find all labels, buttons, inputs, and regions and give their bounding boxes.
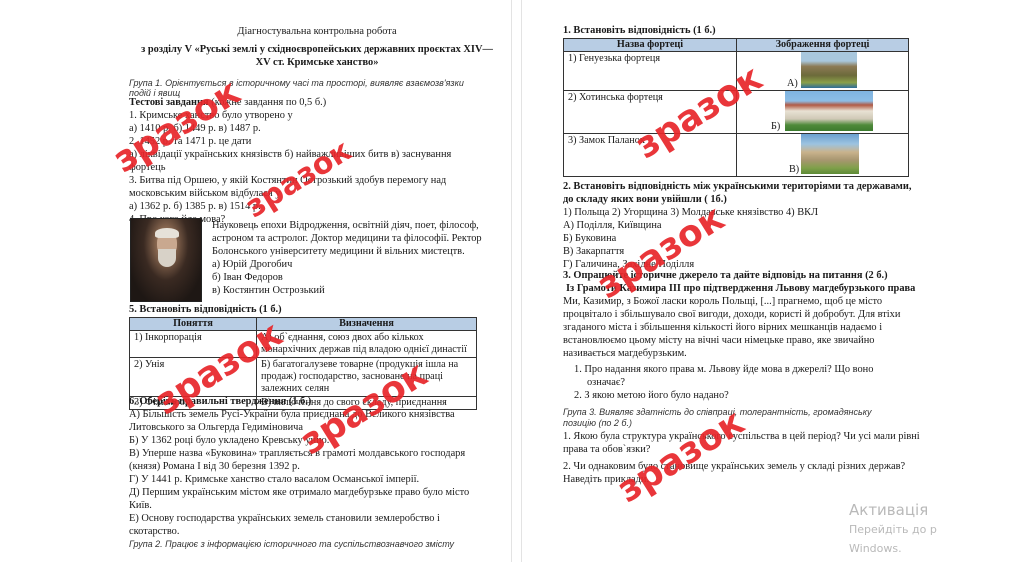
r-q3-heading: 3. Опрацюйте історичне джерело та дайте … [563, 270, 888, 282]
q6-statement: скотарство. [129, 526, 179, 538]
fortress-name: 3) Замок Паланок [564, 134, 737, 177]
khotyn-fortress-image [785, 91, 873, 131]
fortress-table: Назва фортеці Зображення фортеці 1) Гену… [563, 38, 909, 177]
q6-statement: Київ. [129, 500, 152, 512]
r-q2-heading-cont: до складу яких вони увійшли ( 1б.) [563, 194, 727, 206]
fortress-image-cell: В) [737, 134, 909, 177]
table-header: Зображення фортеці [737, 39, 909, 52]
image-label: В) [789, 164, 799, 176]
source-question: 2. З якою метою його було надано? [574, 390, 729, 402]
q6-statement: Г) У 1441 р. Кримське ханство стало васа… [129, 474, 419, 486]
r-q2-line: Б) Буковина [563, 233, 616, 245]
question-line: 2. 1452 р. та 1471 р. це дати [129, 136, 251, 148]
source-text: процвітало і збільшувало свої вигоди, до… [563, 309, 900, 321]
source-question: означає? [574, 377, 625, 389]
source-text: називається магдебурзьким. [563, 348, 687, 360]
source-text: згаданого міста і збільшення кількості й… [563, 322, 882, 334]
q6-statement: В) Уперше назва «Буковина» трапляється в… [129, 448, 465, 460]
r-q2-line: 1) Польща 2) Угорщина 3) Молдавське княз… [563, 207, 818, 219]
r-q2-line: В) Закарпаття [563, 246, 624, 258]
document-subtitle-line1: з розділу V «Руські землі у східноєвропе… [118, 44, 516, 56]
fortress-image-cell: Б) [737, 91, 909, 134]
table-cell-definition: А) об`єднання, союз двох або кількох мон… [257, 331, 477, 358]
q6-heading: 6. Оберіть правильні твердження (1 б.) [129, 396, 311, 408]
r-q1-heading: 1. Встановіть відповідність (1 б.) [563, 25, 716, 37]
question-line: фортець [129, 162, 165, 174]
q6-statement: Е) Основу господарства українських земел… [129, 513, 440, 525]
image-label: Б) [771, 121, 780, 133]
activation-line: Перейдіть до р [849, 520, 937, 539]
source-text: Ми, Казимир, з Божої ласки король Польщі… [563, 296, 882, 308]
q4-description: астроном та астролог. Доктор медицини та… [212, 233, 482, 245]
question-line: московським військом відбулася у [129, 188, 280, 200]
fortress-image-cell: А) [737, 52, 909, 91]
question-line: 1. Кримське ханство було утворено у [129, 110, 293, 122]
q4-description: Болонського університету медицини й віль… [212, 246, 465, 258]
table-header: Визначення [257, 318, 477, 331]
table-cell-term: 2) Унія [130, 358, 257, 397]
table-header-row: Поняття Визначення [130, 318, 477, 331]
table-header: Поняття [130, 318, 257, 331]
group3-question: 1. Якою була структура українського сусп… [563, 431, 920, 443]
table-row: 2) Унія Б) багатогалузеве товарне (проду… [130, 358, 477, 397]
portrait-beard [158, 249, 176, 267]
question-line: а) 1362 р. б) 1385 р. в) 1514 р. [129, 201, 261, 213]
fortress-name: 1) Генуезька фортеця [564, 52, 737, 91]
table-row: 1) Інкорпорація А) об`єднання, союз двох… [130, 331, 477, 358]
document-page-right: 1. Встановіть відповідність (1 б.) Назва… [560, 0, 912, 576]
tests-heading: Тестові завдання (кожне завдання по 0,5 … [129, 97, 326, 109]
table-row: 2) Хотинська фортеця Б) [564, 91, 909, 134]
source-question: 1. Про надання якого права м. Львову йде… [574, 364, 873, 376]
document-subtitle-line2: XV ст. Кримське ханство» [126, 57, 508, 69]
table-header-row: Назва фортеці Зображення фортеці [564, 39, 909, 52]
r-q2-line: А) Поділля, Київщина [563, 220, 662, 232]
page-divider [521, 0, 522, 562]
portrait-hair [155, 228, 179, 238]
q4-description: Науковець епохи Відродження, освітній ді… [212, 220, 479, 232]
fortress-name: 2) Хотинська фортеця [564, 91, 737, 134]
windows-activation-notice: Активація Перейдіть до р Windows. [849, 500, 937, 558]
q6-statement: (князя) Романа І від 30 березня 1392 р. [129, 461, 300, 473]
table-row: 3) Замок Паланок В) [564, 134, 909, 177]
source-text: встановлюємо цьому місту на вічні часи н… [563, 335, 874, 347]
table-row: 1) Генуезька фортеця А) [564, 52, 909, 91]
r-q2-heading: 2. Встановіть відповідність між українсь… [563, 181, 911, 193]
q4-option: б) Іван Федоров [212, 272, 283, 284]
group2-heading: Група 2. Працює з інформацією історичног… [129, 538, 454, 550]
table-cell-term: 1) Інкорпорація [130, 331, 257, 358]
tests-heading-points: (кожне завдання по 0,5 б.) [209, 97, 327, 108]
activation-title: Активація [849, 500, 937, 520]
activation-line: Windows. [849, 539, 937, 558]
q6-statement: Литовського за Ольгерда Гедиміновича [129, 422, 303, 434]
table-cell-definition: Б) багатогалузеве товарне (продукція ішл… [257, 358, 477, 397]
source-title: Із Грамоти Казимира III про підтвердженн… [566, 283, 915, 295]
page-divider [511, 0, 512, 562]
document-page-left: Діагностувальна контрольна робота з розд… [126, 0, 508, 576]
question-line: 3. Битва під Оршею, у якій Костянтин Ост… [129, 175, 446, 187]
question-line: а) ліквідації українських князівств б) н… [129, 149, 451, 161]
group3-question: 2. Чи однаковим було становище українськ… [563, 461, 905, 473]
q6-statement: Д) Першим українським містом яке отримал… [129, 487, 469, 499]
group3-question: Наведіть приклади. [563, 474, 649, 486]
q6-statement: А) Більшість земель Русі-України була пр… [129, 409, 455, 421]
q5-heading: 5. Встановіть відповідність (1 б.) [129, 304, 282, 316]
q6-statement: Б) У 1362 році було укладено Кревську ун… [129, 435, 329, 447]
genoese-fortress-image [801, 52, 857, 88]
document-title: Діагностувальна контрольна робота [126, 26, 508, 38]
question-line: а) 1410 р. б) 1449 р. в) 1487 р. [129, 123, 261, 135]
palanok-castle-image [801, 134, 859, 174]
group3-question: права та обов`язки? [563, 444, 650, 456]
table-header: Назва фортеці [564, 39, 737, 52]
image-label: А) [787, 78, 798, 90]
portrait-image [130, 218, 202, 302]
group3-heading-cont: позицію (по 2 б.) [563, 417, 632, 429]
q4-option: а) Юрій Дрогобич [212, 259, 292, 271]
tests-heading-bold: Тестові завдання [129, 97, 209, 108]
q4-option: в) Костянтин Острозький [212, 285, 325, 297]
